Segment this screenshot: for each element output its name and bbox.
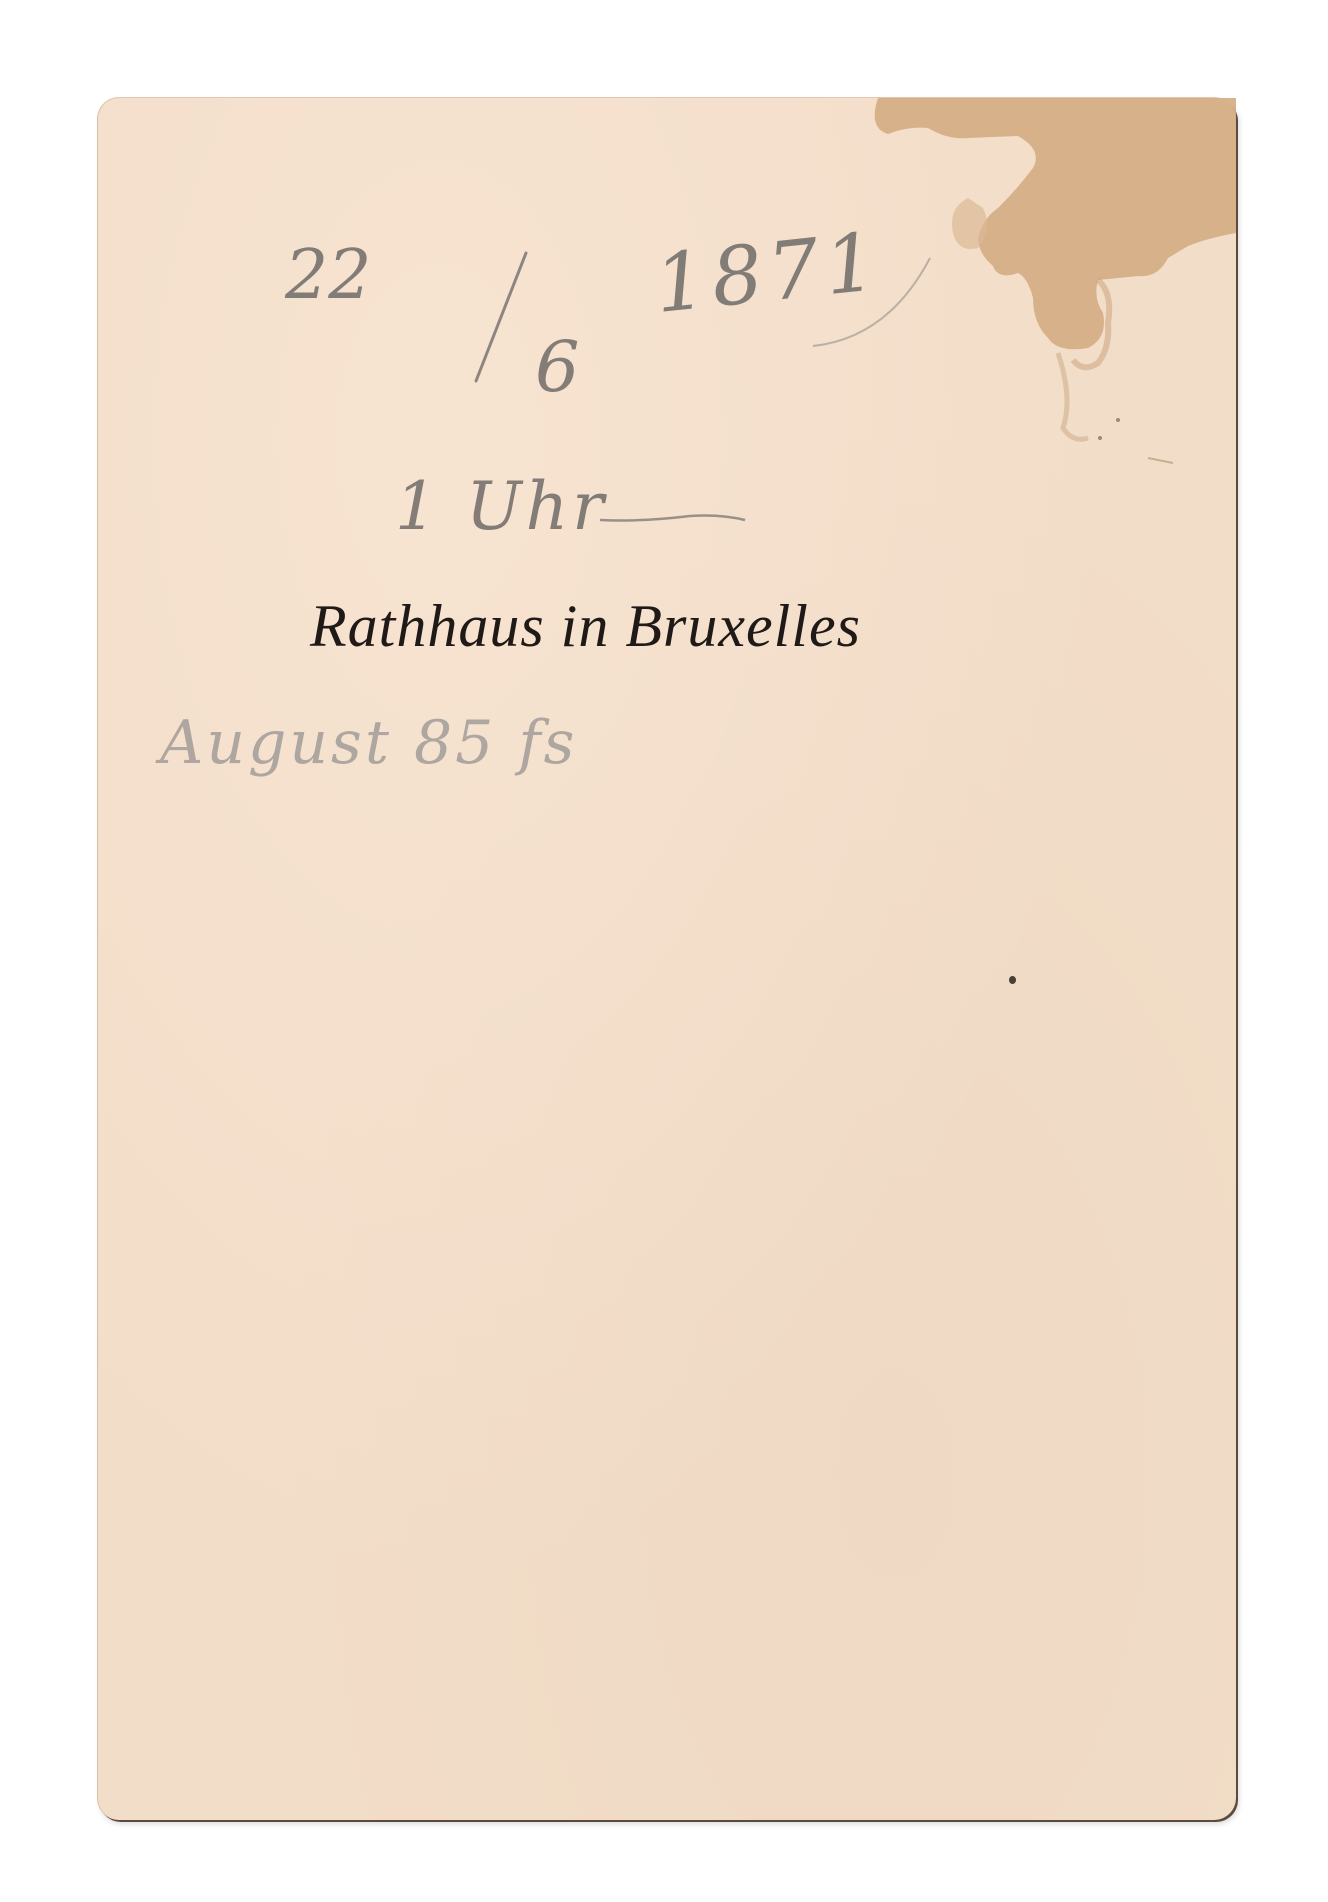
caption-text: Rathhaus in Bruxelles [310, 592, 861, 661]
price-note: August 85 fs [160, 708, 577, 778]
pencil-scratch [98, 98, 1236, 898]
date-month: 6 [535, 326, 580, 408]
date-day: 22 [285, 236, 372, 315]
ink-spot [1009, 976, 1016, 984]
time-note: 1 Uhr [395, 468, 608, 545]
photo-card-back [97, 97, 1236, 1820]
